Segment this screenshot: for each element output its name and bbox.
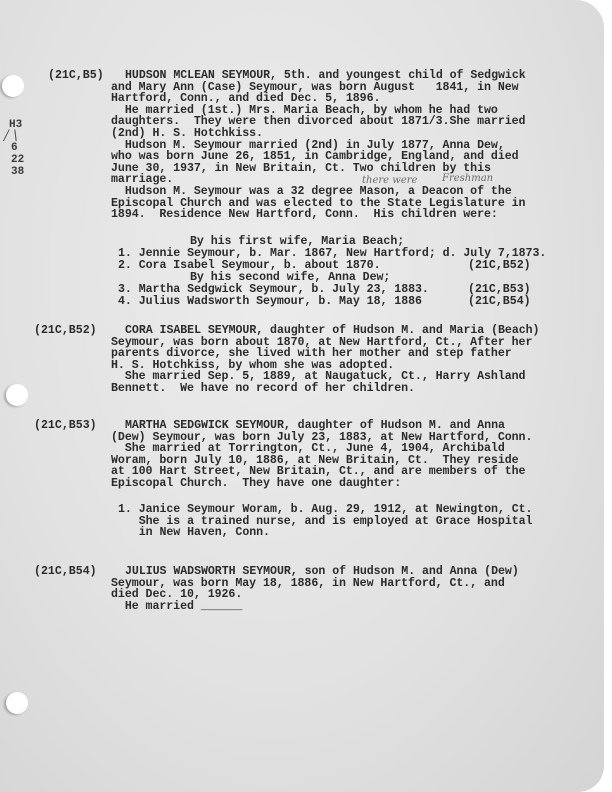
entry-ref-b53: (21C,B53)	[34, 420, 97, 432]
entry-line: Episcopal Church. They have one daughter…	[111, 478, 401, 490]
child-4: 4. Julius Wadsworth Seymour, b. May 18, …	[118, 296, 422, 308]
child-2-ref: (21C,B52)	[468, 260, 531, 272]
children-intro-second-wife: By his second wife, Anna Dew;	[190, 272, 390, 284]
entry-ref-b52: (21C,B52)	[34, 325, 97, 337]
margin-note-6: 6	[11, 142, 18, 155]
child-3-ref: (21C,B53)	[468, 284, 531, 296]
entry-line: Hudson M. Seymour was a 32 degree Mason,…	[111, 186, 512, 198]
handwritten-there-were: there were	[362, 175, 417, 186]
grandchild-line: 1. Janice Seymour Woram, b. Aug. 29, 191…	[118, 504, 532, 516]
child-4-ref: (21C,B54)	[468, 296, 531, 308]
punch-hole-middle	[6, 384, 28, 406]
margin-note-22: 22	[11, 154, 24, 167]
margin-note-38: 38	[11, 166, 24, 179]
entry-line: 1894. Residence New Hartford, Conn. His …	[111, 209, 498, 221]
entry-line: JULIUS WADSWORTH SEYMOUR, son of Hudson …	[125, 566, 519, 578]
punch-hole-top	[2, 75, 24, 97]
entry-line: CORA ISABEL SEYMOUR, daughter of Hudson …	[125, 325, 539, 337]
child-1: 1. Jennie Seymour, b. Mar. 1867, New Har…	[118, 248, 546, 260]
entry-line: HUDSON MCLEAN SEYMOUR, 5th. and youngest…	[125, 70, 526, 82]
entry-ref-b5: (21C,B5)	[48, 70, 104, 82]
child-3: 3. Martha Sedgwick Seymour, b. July 23, …	[118, 284, 429, 296]
entry-line: MARTHA SEDGWICK SEYMOUR, daughter of Hud…	[125, 420, 505, 432]
punch-hole-bottom	[6, 692, 28, 714]
handwritten-freshman: Freshman	[442, 173, 493, 184]
document-page: H3 / \ 6 22 38 (21C,B5) HUDSON MCLEAN SE…	[0, 0, 604, 792]
entry-line: He married ______	[111, 601, 242, 613]
grandchild-line: in New Haven, Conn.	[118, 527, 270, 539]
entry-line: (2nd) H. S. Hotchkiss.	[111, 128, 263, 140]
child-2: 2. Cora Isabel Seymour, b. about 1870.	[118, 260, 380, 272]
children-intro-first-wife: By his first wife, Maria Beach;	[190, 236, 404, 248]
entry-ref-b54: (21C,B54)	[34, 566, 97, 578]
entry-line: Bennett. We have no record of her childr…	[111, 383, 415, 395]
